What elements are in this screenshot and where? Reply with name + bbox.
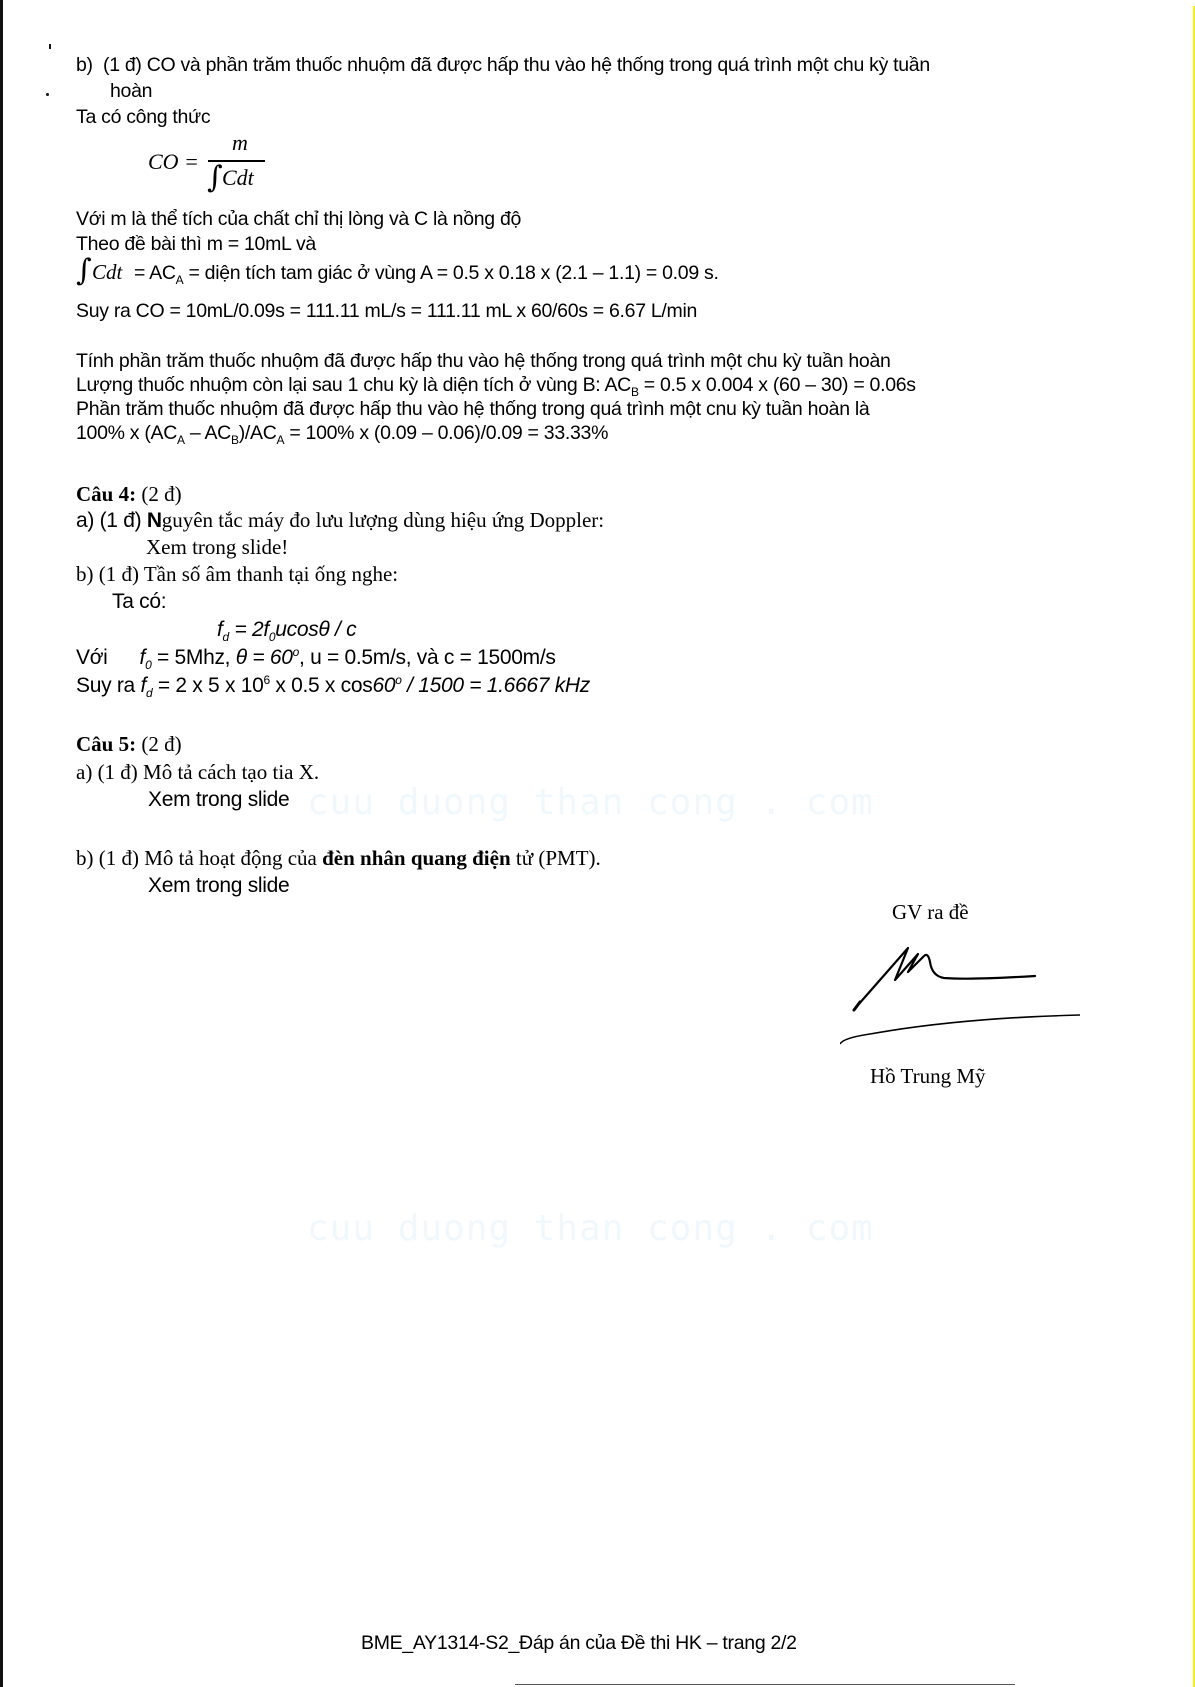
text: Với: [76, 646, 108, 669]
formula-lhs: CO =: [148, 149, 199, 175]
q4b-question: b) (1 đ) Tần số âm thanh tại ống nghe:: [76, 562, 398, 587]
q4b-intro: Ta có:: [112, 590, 166, 614]
text: )/AC: [239, 422, 277, 444]
text: đèn nhân quang điện: [322, 846, 511, 870]
percent-calculation: 100% x (ACA – ACB)/ACA = 100% x (0.09 – …: [76, 422, 608, 445]
integral-result: = ACA = diện tích tam giác ở vùng A = 0.…: [134, 262, 719, 285]
text: x 0.5 x cos: [270, 674, 373, 697]
watermark: cuu duong than cong . com: [307, 782, 874, 823]
q3b-heading-continuation: hoàn: [110, 80, 152, 103]
title-points: (2 đ): [136, 732, 182, 756]
q5b-answer: Xem trong slide: [148, 874, 289, 898]
text: – AC: [185, 422, 231, 444]
signature-name: Hồ Trung Mỹ: [870, 1064, 986, 1089]
co-formula: CO = m ∫ Cdt: [148, 132, 268, 202]
subscript: B: [631, 385, 639, 399]
scan-mark: [46, 93, 49, 96]
q5a-answer: Xem trong slide: [148, 788, 289, 812]
q4a-question: a) (1 đ) Nguyên tắc máy đo lưu lượng dùn…: [76, 508, 604, 533]
text: b) (1 đ) Mô tả hoạt động của: [76, 846, 322, 870]
text: N: [147, 509, 162, 532]
scan-border-left: [0, 0, 3, 1687]
text: = 2 x 5 x 10: [152, 674, 263, 697]
integral-label: Cdt: [92, 260, 122, 285]
text: / 1500 = 1.6667 kHz: [402, 674, 590, 697]
variable-definition: Với m là thể tích của chất chỉ thị lòng …: [76, 208, 521, 231]
text: = 60: [247, 646, 293, 669]
page-footer: BME_AY1314-S2_Đáp án của Đề thi HK – tra…: [361, 1632, 797, 1655]
formula-intro: Ta có công thức: [76, 106, 210, 129]
text: 100% x (AC: [76, 422, 177, 444]
text: = 2f: [229, 618, 269, 641]
q5a-question: a) (1 đ) Mô tả cách tạo tia X.: [76, 760, 319, 785]
text: θ: [236, 646, 247, 669]
q5b-question: b) (1 đ) Mô tả hoạt động của đèn nhân qu…: [76, 846, 601, 871]
percent-title: Tính phần trăm thuốc nhuộm đã được hấp t…: [76, 350, 891, 373]
percent-line: Phần trăm thuốc nhuộm đã được hấp thu và…: [76, 398, 869, 421]
text: , u = 0.5m/s, và c = 1500m/s: [299, 646, 556, 669]
formula-denominator: Cdt: [222, 165, 254, 191]
text: 60: [372, 674, 395, 697]
text: Suy ra: [76, 674, 140, 697]
subscript: A: [177, 433, 185, 447]
text: = AC: [134, 262, 176, 284]
integral-sign-icon: ∫: [207, 163, 223, 193]
text: tử (PMT).: [511, 846, 601, 870]
formula-numerator: m: [232, 130, 248, 156]
given-values: Theo đề bài thì m = 10mL và: [76, 233, 316, 256]
text: = 5Mhz,: [151, 646, 235, 669]
doppler-formula: fd = 2f0ucosθ / c: [217, 618, 356, 642]
co-result: Suy ra CO = 10mL/0.09s = 111.11 mL/s = 1…: [76, 300, 697, 323]
watermark: cuu duong than cong . com: [307, 1208, 874, 1249]
item-label: a) (1 đ): [76, 509, 147, 532]
text: = 100% x (0.09 – 0.06)/0.09 = 33.33%: [284, 422, 608, 444]
scan-mark: [49, 44, 51, 49]
text: ucosθ / c: [275, 618, 356, 641]
text: = 0.5 x 0.004 x (60 – 30) = 0.06s: [639, 374, 916, 396]
footer-rule: [515, 1684, 1015, 1685]
given-parameters: Vớif0 = 5Mhz, θ = 60o, u = 0.5m/s, và c …: [76, 646, 556, 670]
q4a-answer: Xem trong slide!: [146, 535, 288, 560]
signature-title: GV ra đề: [892, 900, 969, 925]
text: = diện tích tam giác ở vùng A = 0.5 x 0.…: [183, 262, 718, 284]
title-label: Câu 4:: [76, 482, 136, 506]
q4-title: Câu 4: (2 đ): [76, 482, 182, 507]
text: Lượng thuốc nhuộm còn lại sau 1 chu kỳ l…: [76, 374, 631, 396]
signature-icon: [840, 930, 1090, 1050]
q5-title: Câu 5: (2 đ): [76, 732, 182, 757]
subscript: B: [231, 433, 239, 447]
doppler-result: Suy ra fd = 2 x 5 x 106 x 0.5 x cos60o /…: [76, 674, 590, 698]
q3b-heading: b) (1 đ) CO và phần trăm thuốc nhuộm đã …: [76, 54, 930, 77]
heading-text: (1 đ) CO và phần trăm thuốc nhuộm đã đượ…: [103, 54, 930, 76]
item-label: b): [76, 54, 93, 76]
remaining-dye: Lượng thuốc nhuộm còn lại sau 1 chu kỳ l…: [76, 374, 916, 397]
integral-sign-icon: ∫: [76, 256, 92, 286]
title-points: (2 đ): [136, 482, 182, 506]
text: guyên tắc máy đo lưu lượng dùng hiệu ứng…: [162, 508, 604, 532]
title-label: Câu 5:: [76, 732, 136, 756]
